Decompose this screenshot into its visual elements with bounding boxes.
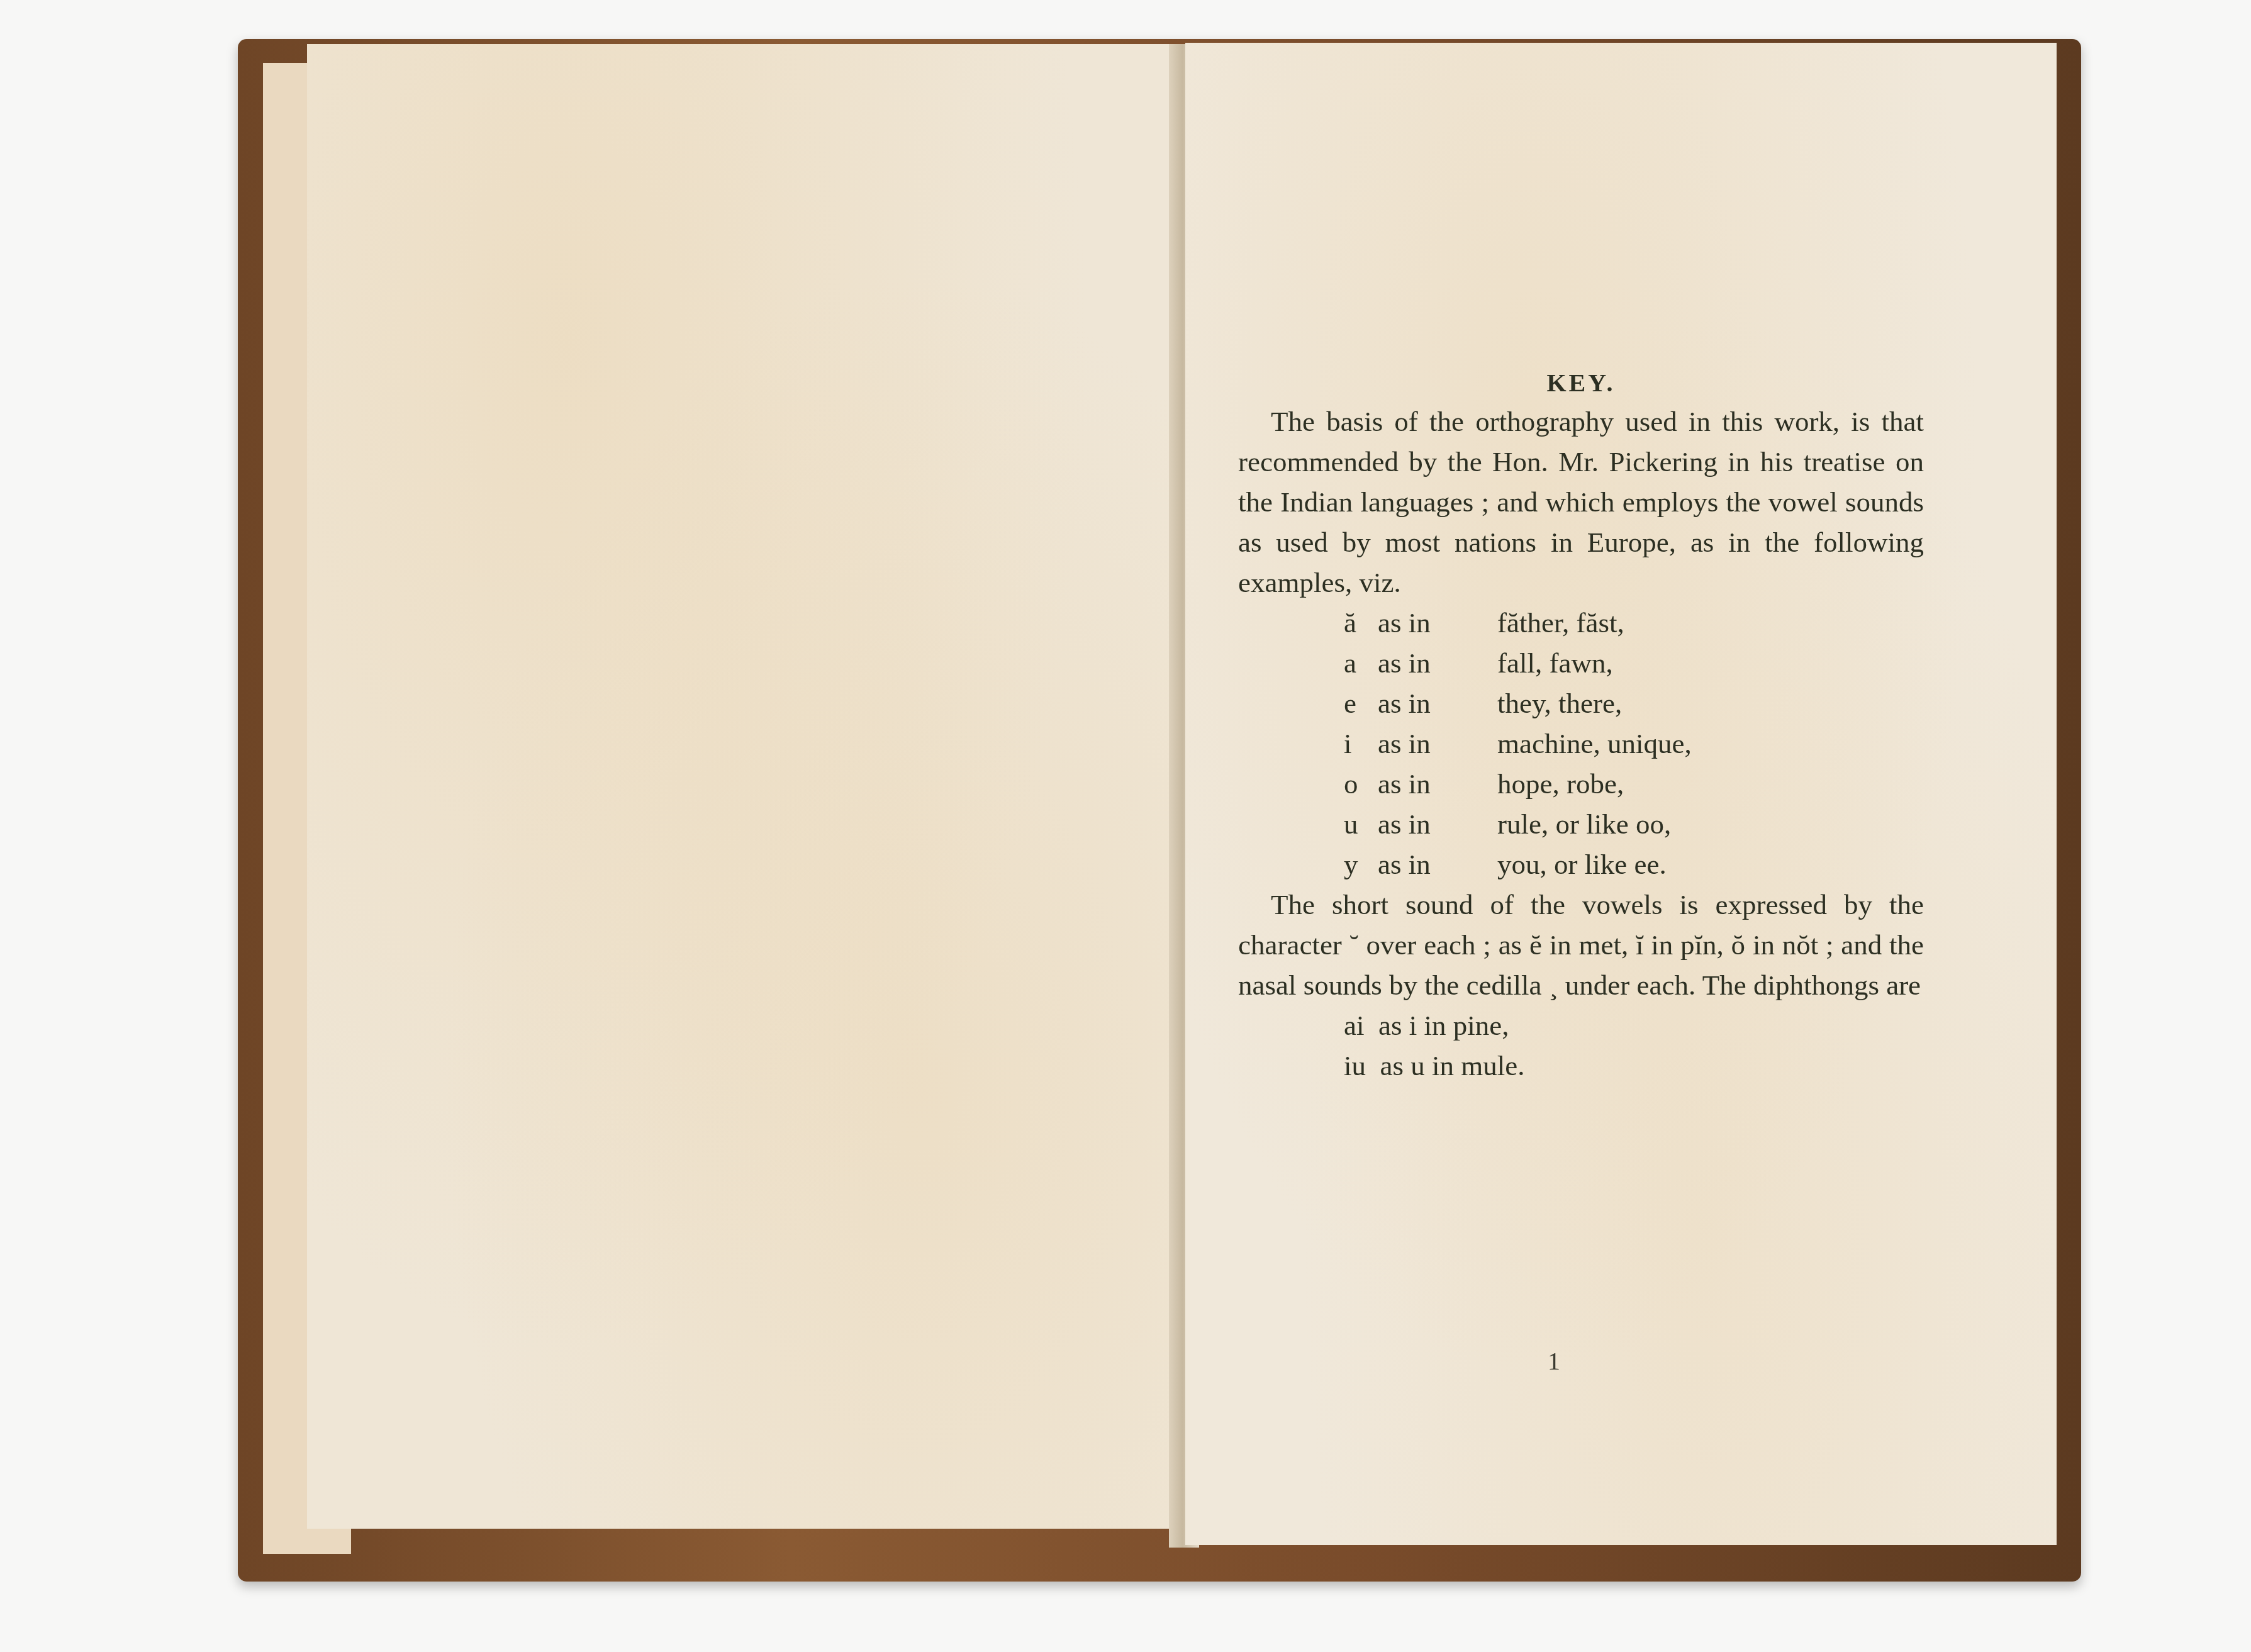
- vowel-examples: fall, fawn,: [1497, 647, 1613, 679]
- vowel-letter: y: [1344, 844, 1378, 885]
- vowel-examples: you, or like ee.: [1497, 849, 1667, 880]
- as-in-label: as in: [1378, 764, 1497, 804]
- vowel-row: yas inyou, or like ee.: [1344, 844, 1924, 885]
- vowel-examples: they, there,: [1497, 688, 1622, 719]
- diphthong-row: ai as i in pine,: [1344, 1005, 1924, 1046]
- vowel-row: ăas infăther, făst,: [1344, 603, 1924, 643]
- vowel-letter: o: [1344, 764, 1378, 804]
- as-in-label: as in: [1378, 643, 1497, 683]
- as-in-label: as in: [1378, 683, 1497, 723]
- diphthong-list: ai as i in pine, iu as u in mule.: [1344, 1005, 1924, 1086]
- vowel-letter: u: [1344, 804, 1378, 844]
- vowel-letter: ă: [1344, 603, 1378, 643]
- page-number: 1: [1548, 1346, 1560, 1376]
- vowel-examples: machine, unique,: [1497, 728, 1692, 759]
- vowel-row: ias inmachine, unique,: [1344, 723, 1924, 764]
- vowel-row: aas infall, fawn,: [1344, 643, 1924, 683]
- as-in-label: as in: [1378, 804, 1497, 844]
- paragraph-orthography: The basis of the orthography used in thi…: [1238, 401, 1924, 603]
- as-in-label: as in: [1378, 603, 1497, 643]
- as-in-label: as in: [1378, 844, 1497, 885]
- vowel-examples: hope, robe,: [1497, 768, 1624, 800]
- vowel-list: ăas infăther, făst, aas infall, fawn, ea…: [1344, 603, 1924, 885]
- vowel-row: eas inthey, there,: [1344, 683, 1924, 723]
- vowel-row: oas inhope, robe,: [1344, 764, 1924, 804]
- vowel-letter: i: [1344, 723, 1378, 764]
- key-text-block: KEY. The basis of the orthography used i…: [1238, 365, 1924, 1086]
- page-heading: KEY.: [1238, 365, 1924, 401]
- as-in-label: as in: [1378, 723, 1497, 764]
- left-page: [307, 44, 1182, 1529]
- paragraph-short-sounds: The short sound of the vowels is express…: [1238, 885, 1924, 1005]
- vowel-examples: făther, făst,: [1497, 607, 1624, 639]
- vowel-examples: rule, or like oo,: [1497, 808, 1671, 840]
- vowel-letter: a: [1344, 643, 1378, 683]
- vowel-letter: e: [1344, 683, 1378, 723]
- diphthong-row: iu as u in mule.: [1344, 1046, 1924, 1086]
- vowel-row: uas inrule, or like oo,: [1344, 804, 1924, 844]
